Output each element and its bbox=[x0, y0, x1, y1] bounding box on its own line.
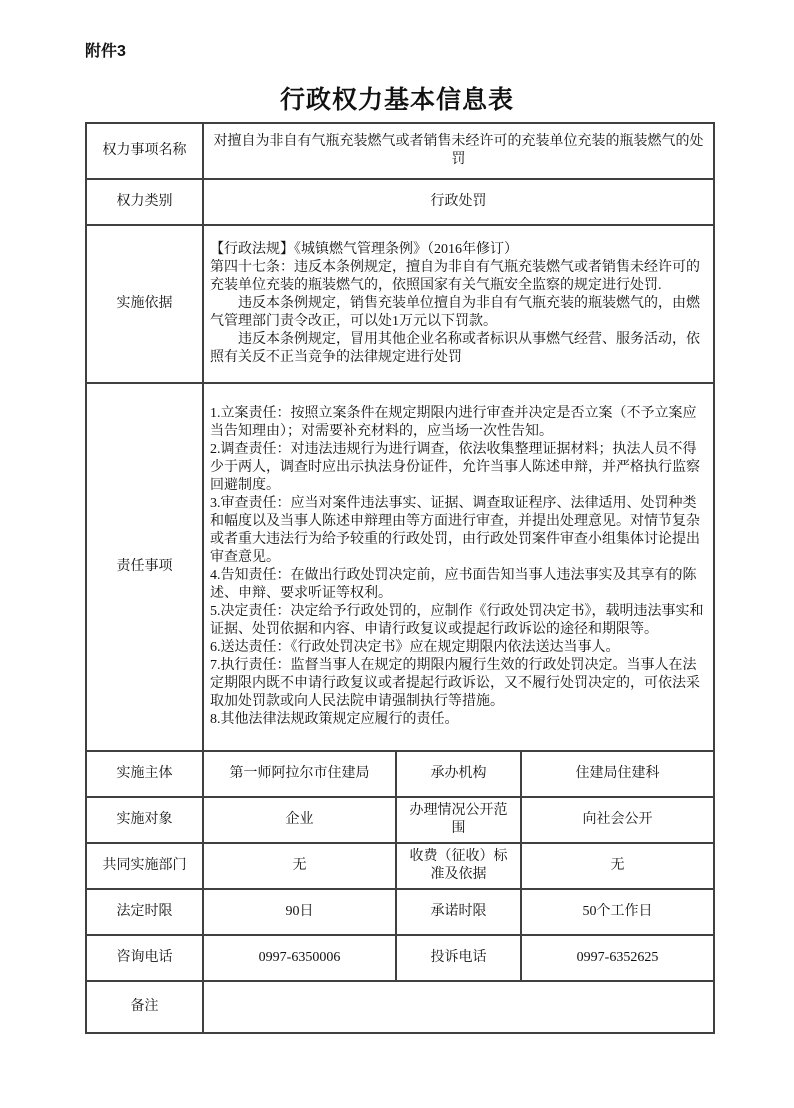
attachment-label: 附件3 bbox=[85, 38, 126, 61]
row-power-category: 权力类别 行政处罚 bbox=[86, 179, 714, 225]
row-statutory-time-limit: 法定时限 90日 承诺时限 50个工作日 bbox=[86, 889, 714, 935]
power-category-value: 行政处罚 bbox=[203, 179, 714, 225]
page-title: 行政权力基本信息表 bbox=[0, 80, 794, 116]
implementation-basis-label: 实施依据 bbox=[86, 225, 203, 383]
responsibility-items-label: 责任事项 bbox=[86, 383, 203, 751]
row-responsibility-items: 责任事项 1.立案责任：按照立案条件在规定期限内进行审查并决定是否立案（不予立案… bbox=[86, 383, 714, 751]
responsibility-items-value: 1.立案责任：按照立案条件在规定期限内进行审查并决定是否立案（不予立案应当告知理… bbox=[203, 383, 714, 751]
remarks-value bbox=[203, 981, 714, 1033]
undertaking-agency-label: 承办机构 bbox=[396, 751, 521, 797]
row-implementation-target: 实施对象 企业 办理情况公开范围 向社会公开 bbox=[86, 797, 714, 843]
implementing-body-label: 实施主体 bbox=[86, 751, 203, 797]
remarks-label: 备注 bbox=[86, 981, 203, 1033]
power-name-value: 对擅自为非自有气瓶充装燃气或者销售未经许可的充装单位充装的瓶装燃气的处罚 bbox=[203, 123, 714, 179]
statutory-time-limit-label: 法定时限 bbox=[86, 889, 203, 935]
fee-standard-value: 无 bbox=[521, 843, 714, 889]
row-implementing-body: 实施主体 第一师阿拉尔市住建局 承办机构 住建局住建科 bbox=[86, 751, 714, 797]
row-joint-departments: 共同实施部门 无 收费（征收）标准及依据 无 bbox=[86, 843, 714, 889]
implementation-target-value: 企业 bbox=[203, 797, 396, 843]
consultation-phone-label: 咨询电话 bbox=[86, 935, 203, 981]
promised-time-limit-label: 承诺时限 bbox=[396, 889, 521, 935]
row-remarks: 备注 bbox=[86, 981, 714, 1033]
row-power-name: 权力事项名称 对擅自为非自有气瓶充装燃气或者销售未经许可的充装单位充装的瓶装燃气… bbox=[86, 123, 714, 179]
disclosure-scope-label: 办理情况公开范围 bbox=[396, 797, 521, 843]
info-table: 权力事项名称 对擅自为非自有气瓶充装燃气或者销售未经许可的充装单位充装的瓶装燃气… bbox=[85, 122, 715, 1034]
undertaking-agency-value: 住建局住建科 bbox=[521, 751, 714, 797]
row-implementation-basis: 实施依据 【行政法规】《城镇燃气管理条例》（2016年修订） 第四十七条：违反本… bbox=[86, 225, 714, 383]
implementing-body-value: 第一师阿拉尔市住建局 bbox=[203, 751, 396, 797]
disclosure-scope-value: 向社会公开 bbox=[521, 797, 714, 843]
joint-departments-label: 共同实施部门 bbox=[86, 843, 203, 889]
power-category-label: 权力类别 bbox=[86, 179, 203, 225]
implementation-target-label: 实施对象 bbox=[86, 797, 203, 843]
statutory-time-limit-value: 90日 bbox=[203, 889, 396, 935]
fee-standard-label: 收费（征收）标准及依据 bbox=[396, 843, 521, 889]
complaint-phone-label: 投诉电话 bbox=[396, 935, 521, 981]
power-name-label: 权力事项名称 bbox=[86, 123, 203, 179]
joint-departments-value: 无 bbox=[203, 843, 396, 889]
row-phone-numbers: 咨询电话 0997-6350006 投诉电话 0997-6352625 bbox=[86, 935, 714, 981]
implementation-basis-value: 【行政法规】《城镇燃气管理条例》（2016年修订） 第四十七条：违反本条例规定，… bbox=[203, 225, 714, 383]
consultation-phone-value: 0997-6350006 bbox=[203, 935, 396, 981]
promised-time-limit-value: 50个工作日 bbox=[521, 889, 714, 935]
complaint-phone-value: 0997-6352625 bbox=[521, 935, 714, 981]
document-page: 附件3 行政权力基本信息表 权力事项名称 对擅自为非自有气瓶充装燃气或者销售未经… bbox=[0, 0, 794, 1108]
